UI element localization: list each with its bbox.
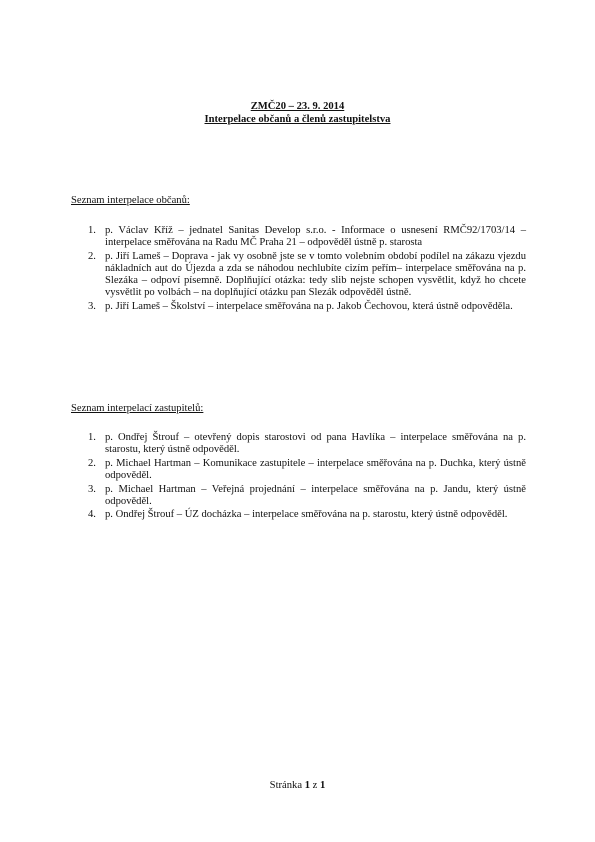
list-item-number: 2. (88, 251, 96, 263)
current-page-number: 1 (305, 780, 310, 791)
total-pages-number: 1 (320, 780, 325, 791)
page-separator: z (313, 780, 318, 791)
representatives-section-heading: Seznam interpelací zastupitelů: (71, 403, 203, 415)
title-subject: Interpelace občanů a členů zastupitelstv… (0, 113, 595, 126)
list-item-text: p. Ondřej Štrouf – otevřený dopis staros… (105, 432, 526, 455)
page-label: Stránka (270, 780, 302, 791)
list-item-text: p. Michael Hartman – Komunikace zastupit… (105, 458, 526, 481)
list-item-number: 2. (88, 458, 96, 470)
document-page: ZMČ20 – 23. 9. 2014 Interpelace občanů a… (0, 0, 595, 842)
list-item: 1. p. Václav Kříž – jednatel Sanitas Dev… (88, 225, 526, 249)
list-item-number: 1. (88, 432, 96, 444)
representatives-interpellation-list: 1. p. Ondřej Štrouf – otevřený dopis sta… (88, 432, 526, 523)
citizens-section-heading: Seznam interpelace občanů: (71, 195, 190, 207)
list-item: 3. p. Michael Hartman – Veřejná projedná… (88, 484, 526, 508)
document-title: ZMČ20 – 23. 9. 2014 Interpelace občanů a… (0, 100, 595, 126)
list-item-text: p. Václav Kříž – jednatel Sanitas Develo… (105, 225, 526, 248)
list-item-text: p. Jiří Lameš – Školství – interpelace s… (105, 301, 513, 312)
page-footer: Stránka 1 z 1 (0, 780, 595, 792)
list-item: 3. p. Jiří Lameš – Školství – interpelac… (88, 301, 526, 313)
list-item-number: 3. (88, 301, 96, 313)
title-meeting-date: ZMČ20 – 23. 9. 2014 (0, 100, 595, 113)
list-item: 2. p. Michael Hartman – Komunikace zastu… (88, 458, 526, 482)
list-item-number: 1. (88, 225, 96, 237)
list-item-number: 3. (88, 484, 96, 496)
list-item-text: p. Michael Hartman – Veřejná projednání … (105, 484, 526, 507)
list-item-number: 4. (88, 509, 96, 521)
list-item: 2. p. Jiří Lameš – Doprava - jak vy osob… (88, 251, 526, 300)
list-item: 1. p. Ondřej Štrouf – otevřený dopis sta… (88, 432, 526, 456)
list-item-text: p. Ondřej Štrouf – ÚZ docházka – interpe… (105, 509, 507, 520)
citizens-interpellation-list: 1. p. Václav Kříž – jednatel Sanitas Dev… (88, 225, 526, 315)
list-item: 4. p. Ondřej Štrouf – ÚZ docházka – inte… (88, 509, 526, 521)
list-item-text: p. Jiří Lameš – Doprava - jak vy osobně … (105, 251, 526, 299)
